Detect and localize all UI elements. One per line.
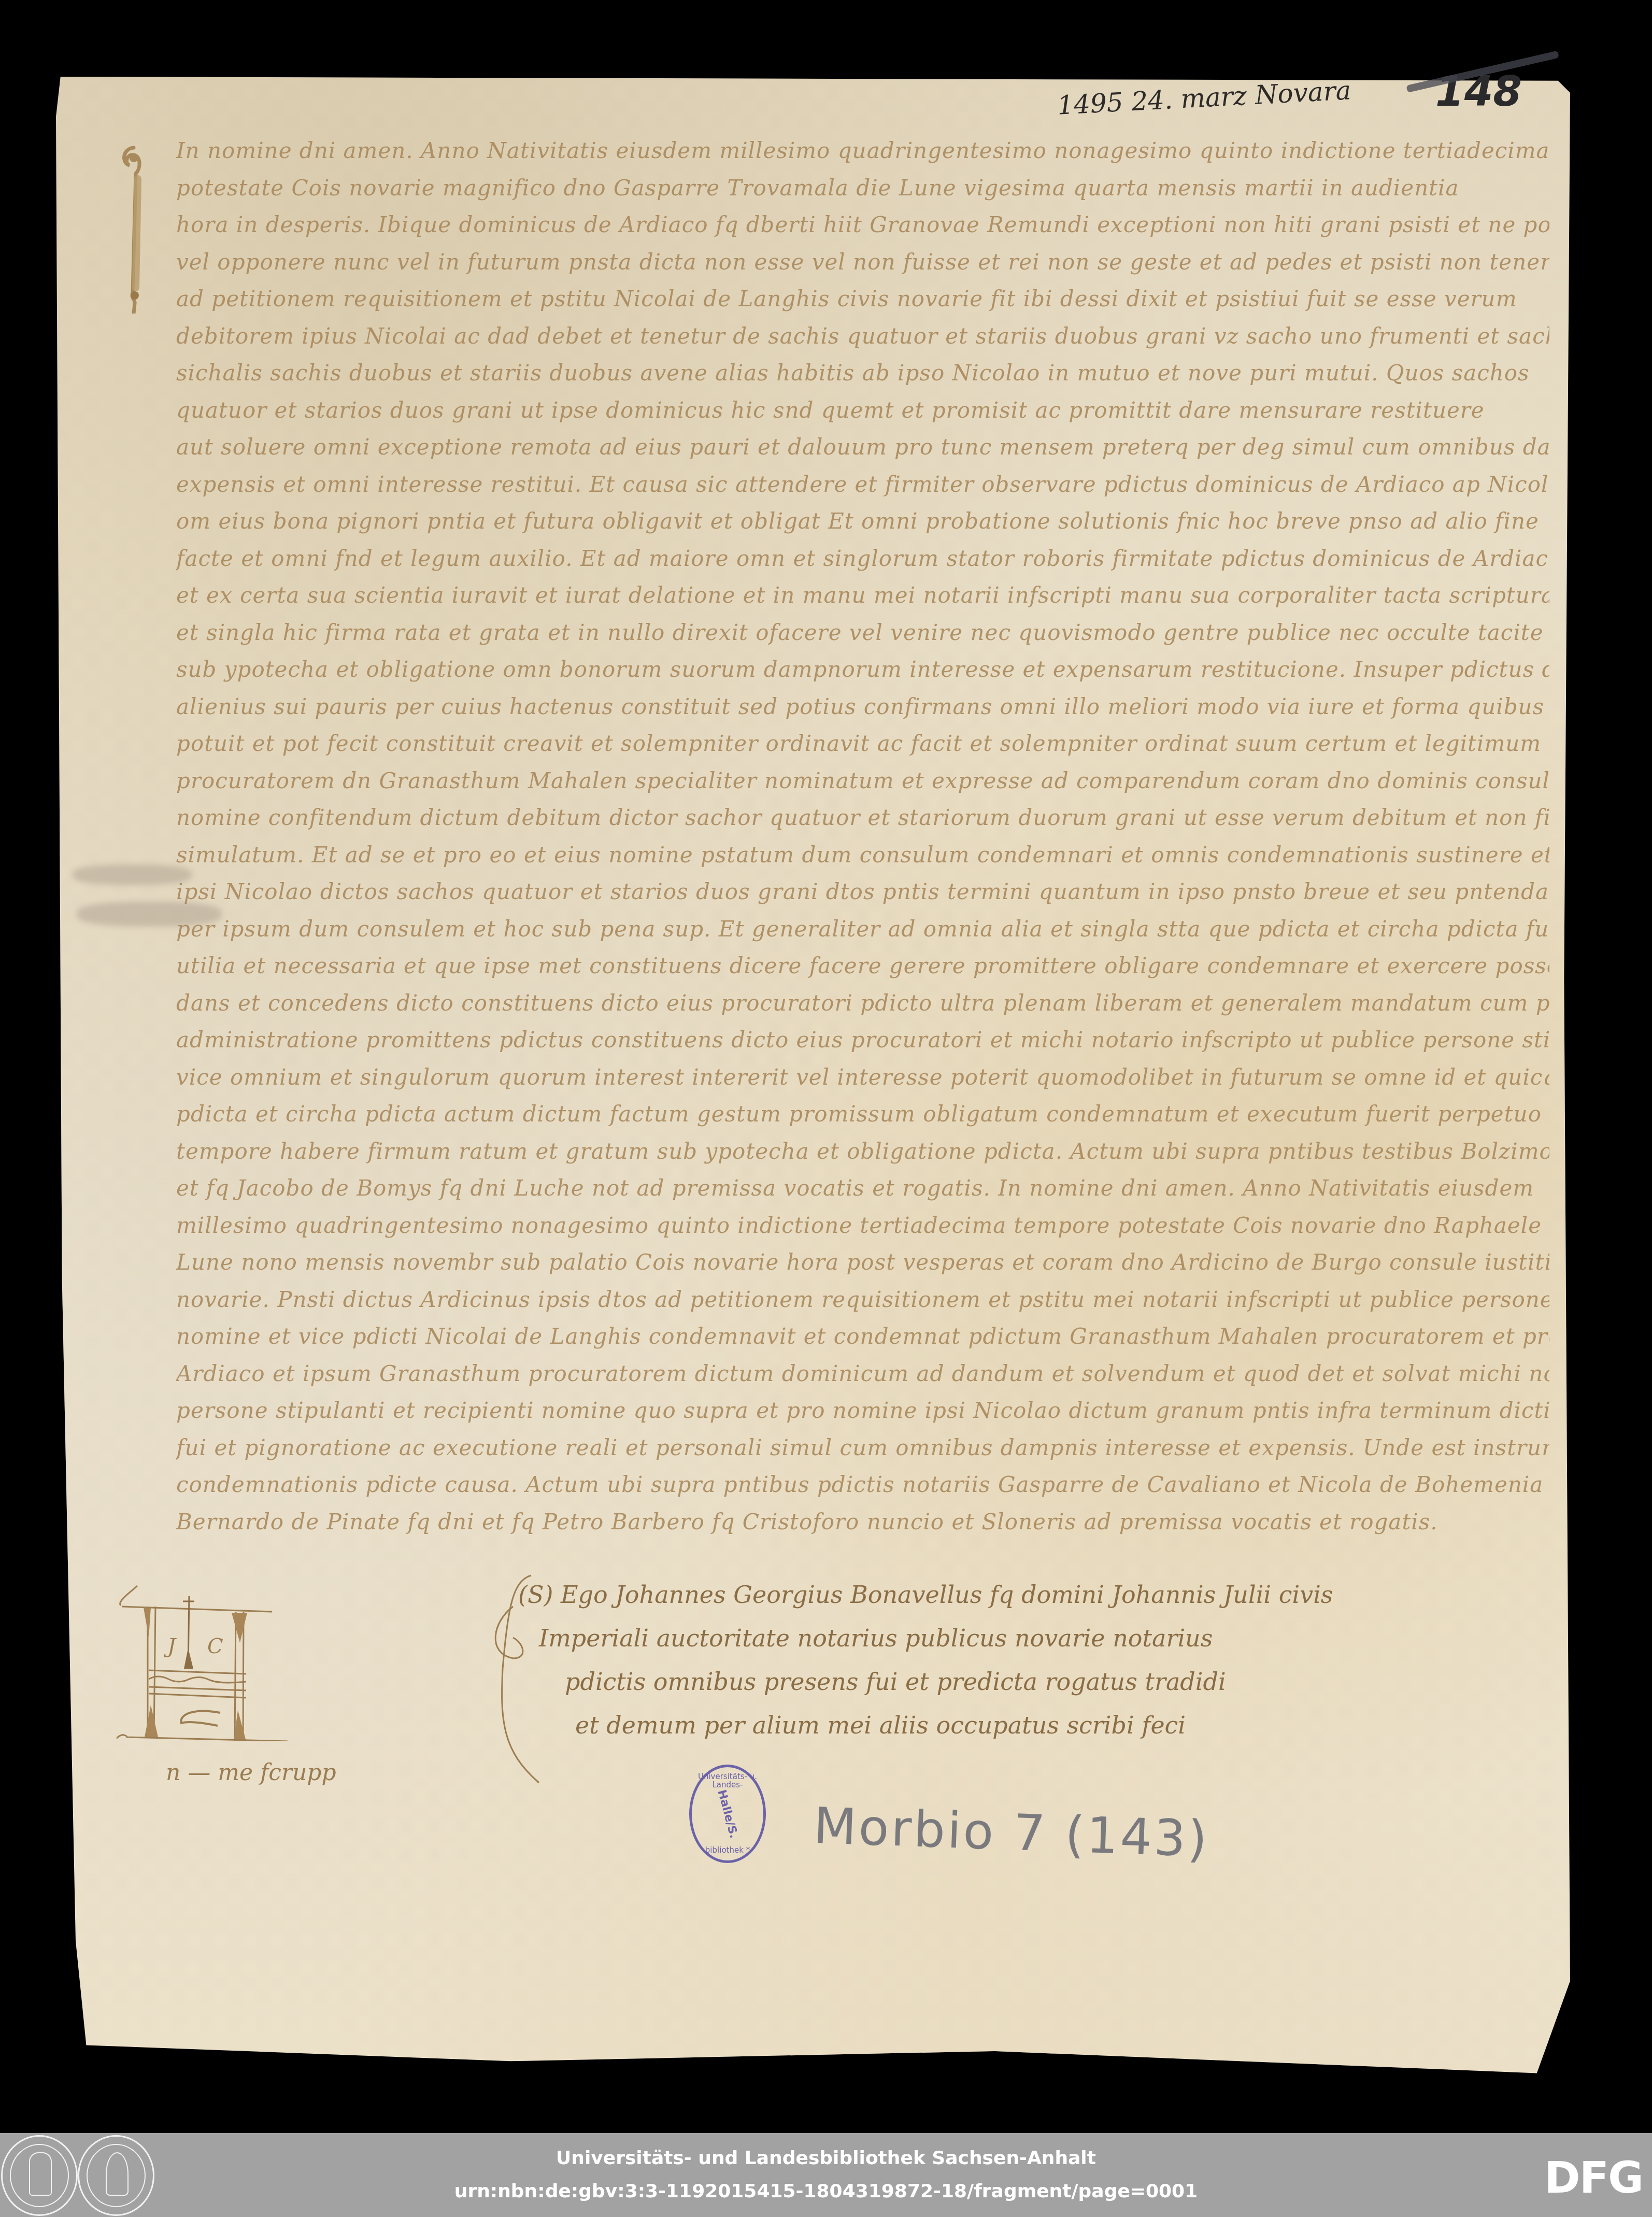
manuscript-line: In nomine dni amen. Anno Nativitatis eiu… — [176, 132, 1549, 169]
manuscript-line: alienius sui pauris per cuius hactenus c… — [176, 688, 1549, 726]
manuscript-line: fui et pignoratione ac executione reali … — [176, 1429, 1549, 1467]
decorated-initial-icon — [118, 143, 149, 314]
manuscript-line: millesimo quadringentesimo nonagesimo qu… — [176, 1207, 1549, 1244]
manuscript-line: quatuor et starios duos grani ut ipse do… — [176, 392, 1549, 429]
manuscript-line: et ex certa sua scientia iuravit et iura… — [176, 577, 1549, 614]
manuscript-line: pdicta et circha pdicta actum dictum fac… — [176, 1096, 1549, 1133]
manuscript-line: Lune nono mensis novembr sub palatio Coi… — [176, 1244, 1549, 1281]
manuscript-line: debitorem ipius Nicolai ac dad debet et … — [176, 318, 1549, 355]
subscription-line: et demum per alium mei aliis occupatus s… — [518, 1703, 1544, 1747]
manuscript-line: nomine confitendum dictum debitum dictor… — [176, 799, 1549, 836]
manuscript-line: sub ypotecha et obligatione omn bonorum … — [176, 651, 1549, 688]
manuscript-line: om eius bona pignori pntia et futura obl… — [176, 503, 1549, 540]
stamp-ring-text: Universitäts- u. Landes- — [696, 1772, 759, 1789]
manuscript-line: Bernardo de Pinate fq dni et fq Petro Ba… — [176, 1503, 1549, 1541]
dfg-logo: DFG — [1544, 2152, 1643, 2203]
viewer-footer: Universitäts- und Landesbibliothek Sachs… — [0, 2133, 1652, 2217]
manuscript-line: condemnationis pdicte causa. Actum ubi s… — [176, 1466, 1549, 1503]
manuscript-line: facte et omni fnd et legum auxilio. Et a… — [176, 540, 1549, 577]
manuscript-line: novarie. Pnsti dictus Ardicinus ipsis dt… — [176, 1281, 1549, 1318]
manuscript-line: administratione promittens pdictus const… — [176, 1021, 1549, 1059]
subscription-line: (S) Ego Johannes Georgius Bonavellus fq … — [518, 1573, 1544, 1616]
urn-identifier[interactable]: urn:nbn:de:gbv:3:3-1192015415-1804319872… — [0, 2181, 1652, 2202]
manuscript-line: potestate Cois novarie magnifico dno Gas… — [176, 169, 1549, 207]
manuscript-line: persone stipulanti et recipienti nomine … — [176, 1392, 1549, 1429]
manuscript-line: vice omnium et singulorum quorum interes… — [176, 1059, 1549, 1096]
institution-name: Universitäts- und Landesbibliothek Sachs… — [0, 2148, 1652, 2169]
manuscript-line: Ardiaco et ipsum Granasthum procuratorem… — [176, 1355, 1549, 1392]
subscription-line: pdictis omnibus presens fui et predicta … — [518, 1660, 1544, 1703]
notary-subscription: (S) Ego Johannes Georgius Bonavellus fq … — [518, 1573, 1544, 1747]
manuscript-line: expensis et omni interesse restitui. Et … — [176, 466, 1549, 503]
manuscript-line: utilia et necessaria et que ipse met con… — [176, 947, 1549, 985]
manuscript-line: procuratorem dn Granasthum Mahalen speci… — [176, 762, 1549, 800]
manuscript-line: hora in desperis. Ibique dominicus de Ar… — [176, 206, 1549, 244]
manuscript-line: sichalis sachis duobus et stariis duobus… — [176, 354, 1549, 392]
manuscript-line: per ipsum dum consulem et hoc sub pena s… — [176, 911, 1549, 948]
subscription-line: Imperiali auctoritate notarius publicus … — [518, 1616, 1544, 1660]
manuscript-line: et singla hic firma rata et grata et in … — [176, 614, 1549, 651]
manuscript-text: In nomine dni amen. Anno Nativitatis eiu… — [176, 132, 1549, 1540]
notary-signum-caption: n — me fcrupp — [166, 1759, 336, 1786]
manuscript-line: tempore habere firmum ratum et gratum su… — [176, 1133, 1549, 1170]
manuscript-line: vel opponere nunc vel in futurum pnsta d… — [176, 244, 1549, 281]
manuscript-line: nomine et vice pdicti Nicolai de Langhis… — [176, 1318, 1549, 1355]
manuscript-line: ad petitionem requisitionem et pstitu Ni… — [176, 280, 1549, 318]
library-stamp: Universitäts- u. Landes- Halle/S. biblio… — [689, 1765, 766, 1863]
notary-signum-icon: J C — [117, 1575, 288, 1741]
svg-text:J: J — [164, 1635, 177, 1658]
svg-text:C: C — [207, 1635, 223, 1658]
manuscript-line: potuit et pot fecit constituit creavit e… — [176, 725, 1549, 762]
water-stain — [73, 864, 192, 885]
manuscript-line: simulatum. Et ad se et pro eo et eius no… — [176, 836, 1549, 874]
manuscript-line: dans et concedens dicto constituens dict… — [176, 985, 1549, 1022]
manuscript-line: ipsi Nicolao dictos sachos quatuor et st… — [176, 873, 1549, 911]
manuscript-line: et fq Jacobo de Bomys fq dni Luche not a… — [176, 1170, 1549, 1207]
stamp-ring-text: bibliothek * — [696, 1846, 759, 1854]
manuscript-line: aut soluere omni exceptione remota ad ei… — [176, 429, 1549, 466]
